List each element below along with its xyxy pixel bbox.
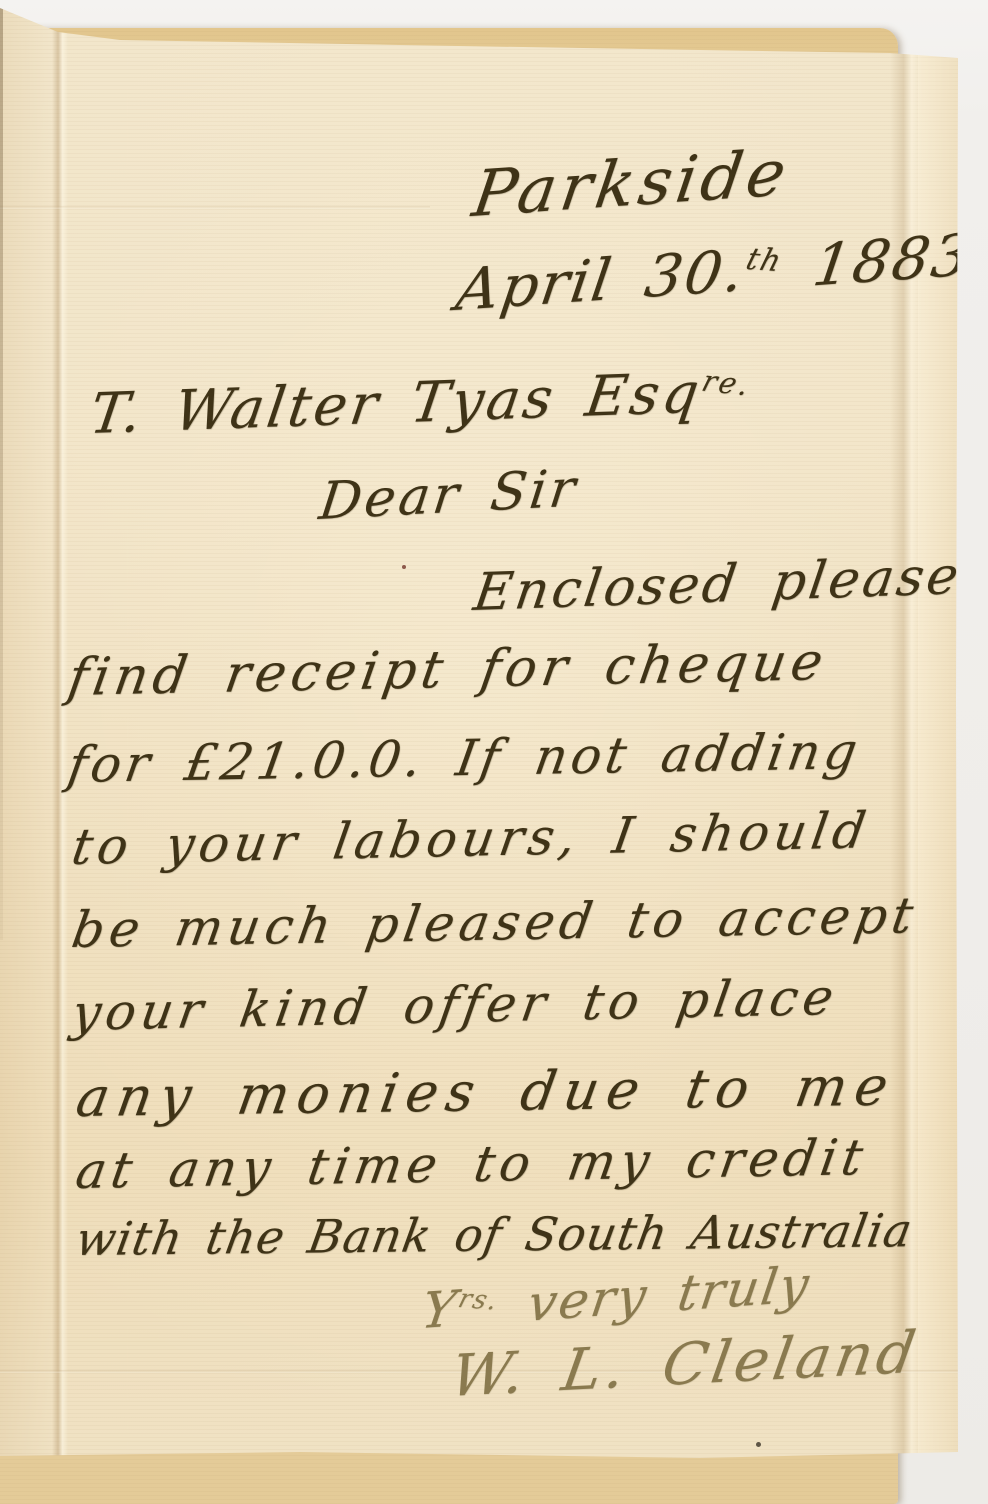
- ink-speck: [402, 565, 406, 569]
- letter-body-line: at any time to my credit: [72, 1128, 872, 1200]
- paper-left-edge: [0, 0, 3, 940]
- letter-body-line: be much pleased to accept: [68, 886, 922, 959]
- letter-closing-superscript: rs.: [455, 1284, 503, 1317]
- letter-recipient-superscript: re.: [699, 363, 757, 402]
- scan-background: Parkside April 30.th 1883 T. Walter Tyas…: [0, 0, 988, 1504]
- letter-page: Parkside April 30.th 1883 T. Walter Tyas…: [0, 0, 958, 1462]
- letter-recipient: T. Walter Tyas Esqre.: [86, 359, 756, 447]
- letter-body-line: to your labours, I should: [68, 801, 874, 876]
- letter-salutation: Dear Sir: [316, 459, 581, 532]
- letter-place: Parkside: [468, 136, 794, 232]
- right-margin-fold-strip: [918, 0, 958, 1462]
- letter-closing-rest: very truly: [524, 1255, 814, 1332]
- letter-body-line: for £21.0.0. If not adding: [64, 722, 865, 794]
- letter-date-day: April 30.: [452, 236, 750, 324]
- ink-speck: [756, 1442, 761, 1447]
- vertical-fold-crease: [52, 0, 68, 1462]
- letter-body-line: any monies due to me: [72, 1055, 900, 1129]
- upper-horizontal-crease: [0, 206, 430, 209]
- letter-date-year: 1883: [809, 221, 976, 300]
- letter-body-line: find receipt for cheque: [64, 632, 832, 708]
- letter-body-line: your kind offer to place: [68, 968, 842, 1042]
- left-fold-flap-shading: [0, 0, 54, 1462]
- letter-recipient-name: T. Walter Tyas Esq: [86, 361, 706, 447]
